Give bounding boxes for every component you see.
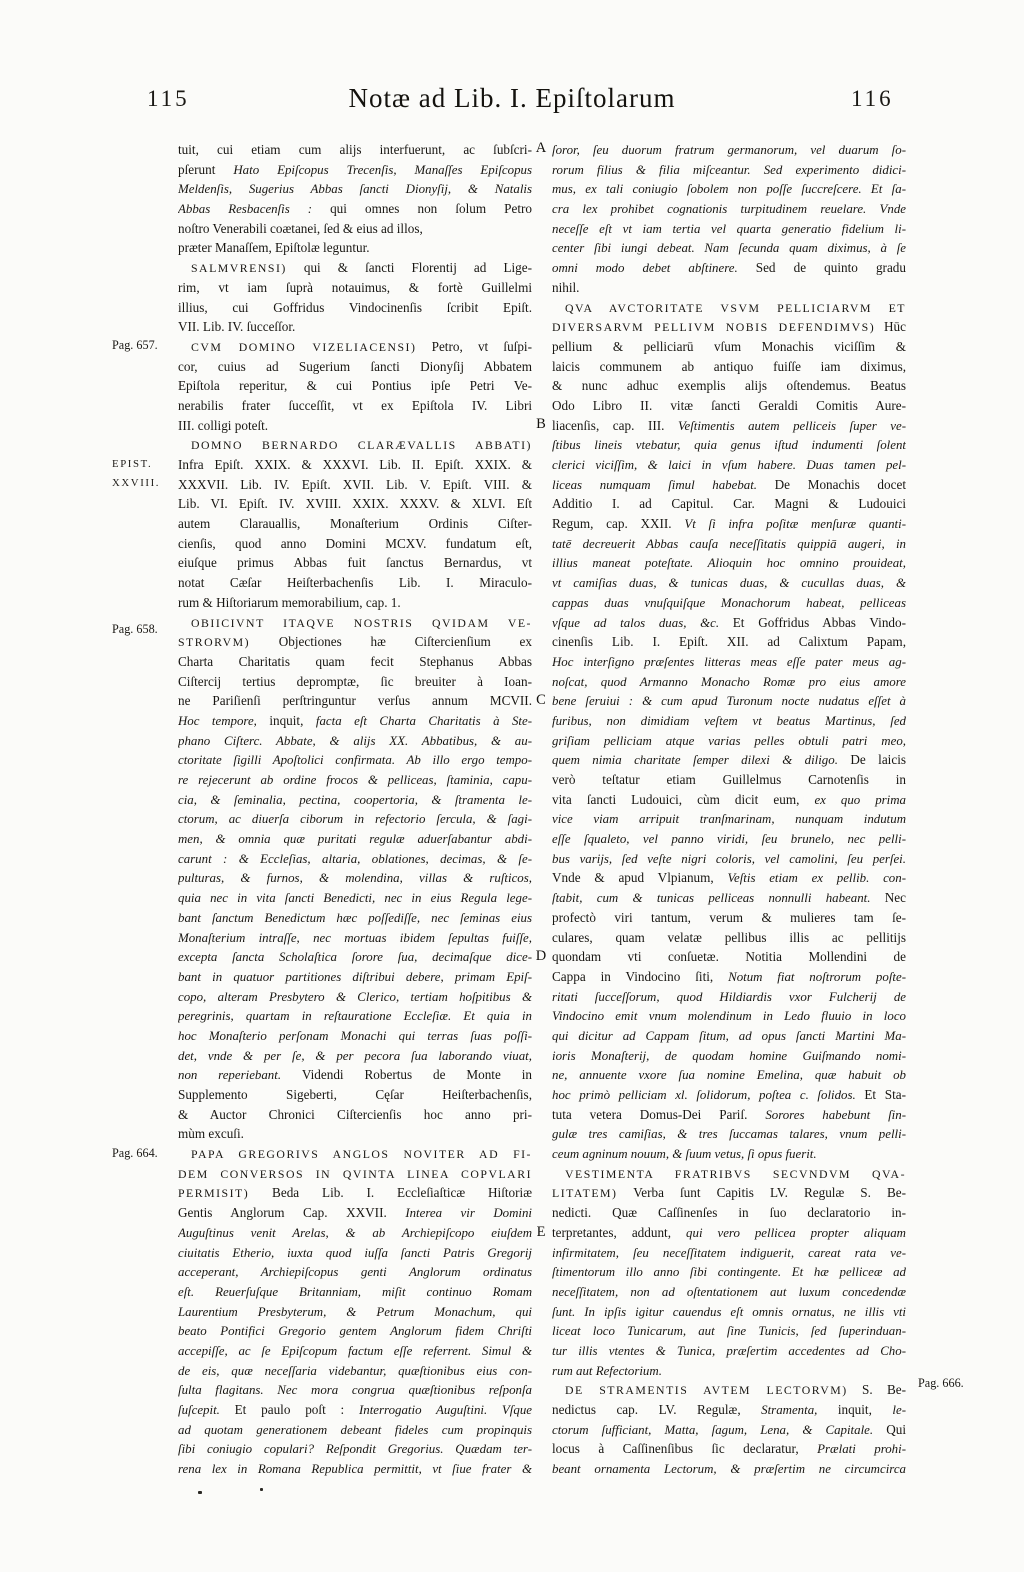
italic-text: cia, & ſeminalia, pectina, coopertoria, … <box>178 793 532 807</box>
italic-text: ex quo prima <box>814 793 906 807</box>
text-line: DOMNO BERNARDO CLARÆVALLIS ABBATI) <box>178 435 532 455</box>
roman-text: cor, cuius ad Sugerium ſancti Dionyſij A… <box>178 359 532 374</box>
text-line: autem Clarauallis, Monaſterium Ordinis C… <box>178 514 532 534</box>
text-line: quondam vti conſuetæ. Notitia Mollendini… <box>552 947 906 967</box>
italic-text: ctoritate ſigilli Apoſtolici confirmata.… <box>178 753 532 767</box>
text-line: pellium & pelliciarū vſum Monachis viciſ… <box>552 337 906 357</box>
roman-text: Gentis Anglorum Cap. XXVII. <box>178 1205 405 1220</box>
text-line: ritati ſucceſſorum, quod Hildiardis vxor… <box>552 987 906 1007</box>
text-line: terpretantes, addunt, qui vero pellicea … <box>552 1223 906 1243</box>
right-text-column: ſoror, ſeu duorum fratrum germanorum, ve… <box>552 140 906 1479</box>
italic-text: ceum agninum nouum, & ſuum vetus, ſi opu… <box>552 1147 817 1161</box>
text-line: bant ſanctum Benedictum hæc poſſediſſe, … <box>178 908 532 928</box>
text-line: cor, cuius ad Sugerium ſancti Dionyſij A… <box>178 357 532 377</box>
roman-text: quondam vti conſuetæ. Notitia Mollendini… <box>552 949 906 964</box>
italic-text: furibus, non dimidiam veſtem vt beatus M… <box>552 714 906 728</box>
italic-text: tur illis vtentes & Tunica, præſertim ac… <box>552 1344 906 1358</box>
smallcaps-text: DIVERSARVM PELLIVM NOBIS DEFENDIMVS) <box>552 320 875 334</box>
text-line: cia, & ſeminalia, pectina, coopertoria, … <box>178 790 532 810</box>
roman-text: pſerunt <box>178 162 233 177</box>
roman-text: nihil. <box>552 280 579 295</box>
italic-text: Abbas Resbacenſis : <box>178 202 330 216</box>
text-line: III. colligi poteſt. <box>178 416 532 436</box>
text-line: & Auctor Chronici Ciſtercienſis hoc anno… <box>178 1105 532 1125</box>
italic-text: ſoror, ſeu duorum fratrum germanorum, ve… <box>552 143 906 157</box>
text-line: clerici viciſſim, & laici in vſum habere… <box>552 455 906 475</box>
text-line: excepta ſancta Scholaſtica ſorore ſua, d… <box>178 947 532 967</box>
italic-text: non reperiebant. <box>178 1068 302 1082</box>
text-line: nedicti. Quæ Caſſinenſes in ſuo declarat… <box>552 1203 906 1223</box>
margin-note: Pag. 666. <box>918 1376 964 1391</box>
italic-text: excepta ſancta Scholaſtica ſorore ſua, d… <box>178 950 532 964</box>
text-line: illius, cui Goffridus Vindocinenſis ſcri… <box>178 298 532 318</box>
italic-text: Meldenſis, Sugerius Abbas ſancti Dionyſi… <box>178 182 532 196</box>
text-line: det, vnde & per ſe, & per pecora ſua lab… <box>178 1046 532 1066</box>
text-line: vt camiſias duas, & tunicas duas, & cucu… <box>552 573 906 593</box>
text-line: ſulta flagitans. Nec mora congrua quæſti… <box>178 1380 532 1400</box>
italic-text: tatē decreuerit Abbas cauſa neceſſitatis… <box>552 537 906 551</box>
text-line: illius maneat poteſtate. Alioquin hoc om… <box>552 553 906 573</box>
italic-text: re rejecerunt ab ordine frocos & pellice… <box>178 773 532 787</box>
roman-text: profectò viri tantum, verum & mulieres t… <box>552 910 906 925</box>
italic-text: beato Pontifici Gregorio gentem Anglorum… <box>178 1324 532 1338</box>
text-line: Infra Epiſt. XXIX. & XXXVI. Lib. II. Epi… <box>178 455 532 475</box>
gutter-letter: B <box>531 416 551 433</box>
smallcaps-text: DOMNO BERNARDO CLARÆVALLIS ABBATI) <box>191 438 532 452</box>
roman-text: culares, quam velatæ pellibus illis ac p… <box>552 930 906 945</box>
text-line: liceat loco Tunicarum, aut ſine Tunicis,… <box>552 1321 906 1341</box>
roman-text: mùm excuſi. <box>178 1126 244 1141</box>
text-line: STRORVM) Objectiones hæ Ciſtercienſium e… <box>178 632 532 652</box>
roman-text: terpretantes, addunt, <box>552 1225 686 1240</box>
text-line: Regum, cap. XXII. Vt ſi infra poſitæ men… <box>552 514 906 534</box>
text-line: ne, annuente vxore ſua nomine Emelina, q… <box>552 1065 906 1085</box>
roman-text: III. colligi poteſt. <box>178 418 268 433</box>
text-line: men, & omnia quæ puritati regulæ aduerſa… <box>178 829 532 849</box>
roman-text: autem Clarauallis, Monaſterium Ordinis C… <box>178 516 532 531</box>
text-line: locus à Caſſinenſibus ſic declaratur, Pr… <box>552 1439 906 1459</box>
roman-text: Additio I. ad Capitul. Car. Magni & Ludo… <box>552 496 906 511</box>
roman-text: vita ſancti Ludouici, cùm dicit eum, <box>552 792 814 807</box>
book-page: 115 Notæ ad Lib. I. Epiſtolarum 116 tuit… <box>0 0 1024 1572</box>
text-line: acceperant, Archiepiſcopus genti Angloru… <box>178 1262 532 1282</box>
roman-text: tuta vetera Domus-Dei Pariſ. <box>552 1107 765 1122</box>
italic-text: Vt ſi infra poſitæ menſuræ quanti- <box>684 517 906 531</box>
text-line: ſunt. In ipſis igitur cauendus eſt omnis… <box>552 1302 906 1322</box>
text-line: cra lex prohibet cognationis turpitudine… <box>552 199 906 219</box>
text-line: Lib. VI. Epiſt. IV. XVIII. XXIX. XXXV. &… <box>178 494 532 514</box>
roman-text: præter Manaſſem, Epiſtolæ leguntur. <box>178 240 370 255</box>
italic-text: cra lex prohibet cognationis turpitudine… <box>552 202 906 216</box>
italic-text: copo, alteram Presbytero & Clerico, tert… <box>178 990 532 1004</box>
text-line: mus, ex tali coniugio ſobolem non poſſe … <box>552 179 906 199</box>
text-line: QVA AVCTORITATE VSVM PELLICIARVM ET <box>552 298 906 318</box>
text-line: bus varijs, ſed veſte nigri coloris, vel… <box>552 849 906 869</box>
text-line: XXXVII. Lib. IV. Epiſt. XVII. Lib. V. Ep… <box>178 475 532 495</box>
italic-text: neceſſe eſt vt iam tertia vel quarta gen… <box>552 222 906 236</box>
italic-text: ſunt. In ipſis igitur cauendus eſt omnis… <box>552 1305 906 1319</box>
margin-note: Pag. 658. <box>112 622 158 637</box>
left-text-column: tuit, cui etiam cum alijs interfuerunt, … <box>178 140 532 1479</box>
roman-text: noſtro Venerabili coætanei, ſed & eius a… <box>178 221 423 236</box>
roman-text: verò teſtatur etiam Guillelmus Carnotenſ… <box>552 772 906 787</box>
italic-text: pulturas, & furnos, & molendina, villas … <box>178 871 532 885</box>
margin-note: Pag. 657. <box>112 338 158 353</box>
roman-text: Hūc <box>875 319 906 334</box>
text-line: eſſe ſqualeto, vel panno viridi, ſeu bru… <box>552 829 906 849</box>
roman-text: & nunc adhuc exemplis alijs oſtendemus. … <box>552 378 906 393</box>
roman-text: Odo Libro II. vitæ ſancti Geraldi Comiti… <box>552 398 906 413</box>
roman-text: Nec <box>885 890 906 905</box>
roman-text: XXXVII. Lib. IV. Epiſt. XVII. Lib. V. Ep… <box>178 477 532 492</box>
italic-text: Prælati prohi- <box>817 1442 906 1456</box>
roman-text: tuit, cui etiam cum alijs interfuerunt, … <box>178 142 532 157</box>
italic-text: Hoc tempore, <box>178 714 269 728</box>
italic-text: ctorum ſufficiant, Matta, ſagum, Lena, &… <box>552 1423 886 1437</box>
text-line: Hoc tempore, inquit, facta eſt Charta Ch… <box>178 711 532 731</box>
roman-text: Infra Epiſt. XXIX. & XXXVI. Lib. II. Epi… <box>178 457 532 472</box>
text-line: re rejecerunt ab ordine frocos & pellice… <box>178 770 532 790</box>
italic-text: Monaſterium intraſſe, nec mortuas ibidem… <box>178 931 532 945</box>
roman-text: locus à Caſſinenſibus ſic declaratur, <box>552 1441 817 1456</box>
text-line: ſtimentorum illo anno ſibi contingente. … <box>552 1262 906 1282</box>
italic-text: ſibi coniugio copulari? Reſpondit Gregor… <box>178 1442 532 1456</box>
text-line: profectò viri tantum, verum & mulieres t… <box>552 908 906 928</box>
roman-text: pellium & pelliciarū vſum Monachis viciſ… <box>552 339 906 354</box>
roman-text: Qui <box>886 1422 906 1437</box>
text-line: ſuſcepit. Et paulo poſt : Interrogatio A… <box>178 1400 532 1420</box>
italic-text: Veſtimentis autem pelliceis ſuper ve- <box>678 419 906 433</box>
italic-text: griſiam pelliciam atque varias pelles ob… <box>552 734 906 748</box>
text-line: nedictus cap. LV. Regulæ, Stramenta, inq… <box>552 1400 906 1420</box>
text-line: Abbas Resbacenſis : qui omnes non ſolum … <box>178 199 532 219</box>
page-title: Notæ ad Lib. I. Epiſtolarum <box>292 83 732 114</box>
italic-text: ſuſcepit. <box>178 1403 235 1417</box>
ink-speck <box>260 1488 263 1491</box>
italic-text: illius maneat poteſtate. Alioquin hoc om… <box>552 556 906 570</box>
text-line: vice viam arripuit tranſmarinam, nunquam… <box>552 809 906 829</box>
roman-text: inquit, <box>838 1402 893 1417</box>
text-line: furibus, non dimidiam veſtem vt beatus M… <box>552 711 906 731</box>
italic-text: hoc Monaſterio perſonam Monachi qui terr… <box>178 1029 532 1043</box>
roman-text: qui & ſancti Florentij ad Lige- <box>287 260 532 275</box>
roman-text: Verba ſunt Capitis LV. Regulæ S. Be- <box>617 1185 906 1200</box>
text-line: peregrinis, quartam in reſtauratione Ecc… <box>178 1006 532 1026</box>
text-line: culares, quam velatæ pellibus illis ac p… <box>552 928 906 948</box>
text-line: non reperiebant. Videndi Robertus de Mon… <box>178 1065 532 1085</box>
smallcaps-text: CVM DOMINO VIZELIACENSI) <box>191 340 416 354</box>
text-line: ioris Monaſterij, de quodam homine Guiſm… <box>552 1046 906 1066</box>
text-line: hoc primò pelliciam xl. ſolidorum, poſte… <box>552 1085 906 1105</box>
text-line: neceſſitatem, non ad oſtentationem aut l… <box>552 1282 906 1302</box>
italic-text: liceas numquam ſimul habebat. <box>552 478 775 492</box>
text-line: noſcat, quod Armanno Monacho Romæ pro ei… <box>552 672 906 692</box>
text-line: ctoritate ſigilli Apoſtolici confirmata.… <box>178 750 532 770</box>
italic-text: ctorum, ac diuerſa ciborum in refectorio… <box>178 812 532 826</box>
text-line: præter Manaſſem, Epiſtolæ leguntur. <box>178 238 532 258</box>
italic-text: qui dicitur ad Cappam ſitum, ad opus ſan… <box>552 1029 906 1043</box>
margin-note: Pag. 664. <box>112 1146 158 1161</box>
text-line: beato Pontifici Gregorio gentem Anglorum… <box>178 1321 532 1341</box>
text-line: quia nec in vita ſancti Benedicti, nec i… <box>178 888 532 908</box>
roman-text: Lib. VI. Epiſt. IV. XVIII. XXIX. XXXV. &… <box>178 496 532 511</box>
roman-text: Videndi Robertus de Monte in <box>302 1067 532 1082</box>
italic-text: acceperant, Archiepiſcopus genti Angloru… <box>178 1265 532 1279</box>
smallcaps-text: PERMISIT) <box>178 1186 249 1200</box>
italic-text: ne, annuente vxore ſua nomine Emelina, q… <box>552 1068 906 1082</box>
text-line: VII. Lib. IV. ſucceſſor. <box>178 317 532 337</box>
text-line: liacenſis, cap. III. Veſtimentis autem p… <box>552 416 906 436</box>
italic-text: noſcat, quod Armanno Monacho Romæ pro ei… <box>552 675 906 689</box>
italic-text: eſt. Reuerſuſque Britanniam, miſit conti… <box>178 1285 532 1299</box>
text-line: infirmitatem, ſeu neceſſitatem indigueri… <box>552 1243 906 1263</box>
roman-text: Regum, cap. XXII. <box>552 516 684 531</box>
text-line: mùm excuſi. <box>178 1124 532 1144</box>
roman-text: Et Sta- <box>864 1087 906 1102</box>
roman-text: laicis communem ab antiquo fuiſſe iam di… <box>552 359 906 374</box>
text-line: SALMVRENSI) qui & ſancti Florentij ad Li… <box>178 258 532 278</box>
roman-text: cienſis, quod anno Domini MCXV. fundatum… <box>178 536 532 551</box>
roman-text: qui omnes non ſolum Petro <box>330 201 532 216</box>
gutter-letter: C <box>531 692 551 709</box>
roman-text: nedicti. Quæ Caſſinenſes in ſuo declarat… <box>552 1205 906 1220</box>
text-line: ſtabit, cum & tunicas pelliceas nonnulli… <box>552 888 906 908</box>
text-line: nerabilis frater ſucceſſit, vt ex Epiſto… <box>178 396 532 416</box>
smallcaps-text: OBIICIVNT ITAQVE NOSTRIS QVIDAM VE- <box>191 616 532 630</box>
text-line: ſibi coniugio copulari? Reſpondit Gregor… <box>178 1439 532 1459</box>
italic-text: det, vnde & per ſe, & per pecora ſua lab… <box>178 1049 532 1063</box>
text-line: Vindocino emit vnum molendinum in Ledo f… <box>552 1006 906 1026</box>
italic-text: ciuitatis Etherio, iuxta quod iuſſa ſanc… <box>178 1246 532 1260</box>
italic-text: gulæ tres camiſias, & tres ſuccamas tala… <box>552 1127 906 1141</box>
text-line: accepiſſe, ac ſe Epiſcopum factum eſſe r… <box>178 1341 532 1361</box>
italic-text: bant ſanctum Benedictum hæc poſſediſſe, … <box>178 911 532 925</box>
text-line: Vnde & apud Vlpianum, Veſtis etiam ex pe… <box>552 868 906 888</box>
roman-text: notat Cæſar Heiſterbachenſis Lib. I. Mir… <box>178 575 532 590</box>
roman-text: ne Pariſienſi perſtringuntur verſus annu… <box>178 693 532 708</box>
roman-text: Supplemento Sigeberti, Cęſar Heiſterbach… <box>178 1087 532 1102</box>
text-line: Supplemento Sigeberti, Cęſar Heiſterbach… <box>178 1085 532 1105</box>
text-line: DIVERSARVM PELLIVM NOBIS DEFENDIMVS) Hūc <box>552 317 906 337</box>
roman-text: rim, vt iam ſuprà notauimus, & fortè Gui… <box>178 280 532 295</box>
roman-text: De laicis <box>850 752 906 767</box>
italic-text: liceat loco Tunicarum, aut ſine Tunicis,… <box>552 1324 906 1338</box>
text-line: neceſſe eſt vt iam tertia vel quarta gen… <box>552 219 906 239</box>
text-line: CVM DOMINO VIZELIACENSI) Petro, vt ſuſpi… <box>178 337 532 357</box>
text-line: beant ornamenta Lectorum, & præſertim ne… <box>552 1459 906 1479</box>
roman-text: cinenſis Lib. I. Epiſt. XII. ad Calixtum… <box>552 634 906 649</box>
italic-text: ſulta flagitans. Nec mora congrua quæſti… <box>178 1383 532 1397</box>
text-line: ſtibus lineis vtebatur, quia genus iſtud… <box>552 435 906 455</box>
italic-text: peregrinis, quartam in reſtauratione Ecc… <box>178 1009 532 1023</box>
text-line: ctorum, ac diuerſa ciborum in refectorio… <box>178 809 532 829</box>
italic-text: carunt : & Eccleſias, altaria, oblatione… <box>178 852 532 866</box>
roman-text: Petro, vt ſuſpi- <box>416 339 532 354</box>
roman-text: Et paulo poſt : <box>235 1402 359 1417</box>
text-line: de eis, quæ neceſſaria videbantur, quæſt… <box>178 1361 532 1381</box>
italic-text: Hato Epiſcopus Trecenſis, Manaſſes Epiſc… <box>233 163 532 177</box>
italic-text: Auguſtinus venit Arelas, & ab Archiepiſc… <box>178 1226 532 1240</box>
text-line: Meldenſis, Sugerius Abbas ſancti Dionyſi… <box>178 179 532 199</box>
smallcaps-text: PAPA GREGORIVS ANGLOS NOVITER AD FI- <box>191 1147 532 1161</box>
text-line: carunt : & Eccleſias, altaria, oblatione… <box>178 849 532 869</box>
page-number-left: 115 <box>147 86 190 112</box>
italic-text: beant ornamenta Lectorum, & præſertim ne… <box>552 1462 906 1476</box>
text-line: ciuitatis Etherio, iuxta quod iuſſa ſanc… <box>178 1243 532 1263</box>
text-line: griſiam pelliciam atque varias pelles ob… <box>552 731 906 751</box>
text-line: hoc Monaſterio perſonam Monachi qui terr… <box>178 1026 532 1046</box>
roman-text: & Auctor Chronici Ciſtercienſis hoc anno… <box>178 1107 532 1122</box>
roman-text: De Monachis docet <box>775 477 906 492</box>
italic-text: ritati ſucceſſorum, quod Hildiardis vxor… <box>552 990 906 1004</box>
italic-text: quem nimia charitate ſemper dilexi & dil… <box>552 753 850 767</box>
roman-text: Ciſtercij tertius depromptæ, ſic breuite… <box>178 674 532 689</box>
italic-text: omni modo debet abſtinere. <box>552 261 756 275</box>
text-line: rena lex in Romana Republica permittit, … <box>178 1459 532 1479</box>
roman-text: VII. Lib. IV. ſucceſſor. <box>178 319 295 334</box>
text-line: Laurentium Presbyterum, & Petrum Monachu… <box>178 1302 532 1322</box>
text-line: cienſis, quod anno Domini MCXV. fundatum… <box>178 534 532 554</box>
italic-text: accepiſſe, ac ſe Epiſcopum factum eſſe r… <box>178 1344 532 1358</box>
text-line: pſerunt Hato Epiſcopus Trecenſis, Manaſſ… <box>178 160 532 180</box>
roman-text: eiuſque primus Abbas fuit ſanctus Bernar… <box>178 555 532 570</box>
text-line: liceas numquam ſimul habebat. De Monachi… <box>552 475 906 495</box>
roman-text: Et Goffridus Abbas Vindo- <box>733 615 906 630</box>
italic-text: vice viam arripuit tranſmarinam, nunquam… <box>552 812 906 826</box>
text-line: rim, vt iam ſuprà notauimus, & fortè Gui… <box>178 278 532 298</box>
smallcaps-text: DEM CONVERSOS IN QVINTA LINEA COPVLARI <box>178 1167 532 1181</box>
text-line: ceum agninum nouum, & ſuum vetus, ſi opu… <box>552 1144 906 1164</box>
italic-text: ſtabit, cum & tunicas pelliceas nonnulli… <box>552 891 885 905</box>
margin-note: EPIST. <box>112 458 152 470</box>
italic-text: le- <box>892 1403 906 1417</box>
text-line: PAPA GREGORIVS ANGLOS NOVITER AD FI- <box>178 1144 532 1164</box>
text-line: ad quotam generationem debeant fideles c… <box>178 1420 532 1440</box>
italic-text: qui vero pellicea propter aliquam <box>686 1226 906 1240</box>
italic-text: Veſtis etiam ex pellib. con- <box>728 871 906 885</box>
text-line: VESTIMENTA FRATRIBVS SECVNDVM QVA- <box>552 1164 906 1184</box>
text-line: DE STRAMENTIS AVTEM LECTORVM) S. Be- <box>552 1380 906 1400</box>
italic-text: Interrogatio Auguſtini. Vſque <box>359 1403 532 1417</box>
italic-text: vt camiſias duas, & tunicas duas, & cucu… <box>552 576 906 590</box>
smallcaps-text: STRORVM) <box>178 635 250 649</box>
text-line: copo, alteram Presbytero & Clerico, tert… <box>178 987 532 1007</box>
italic-text: Stramenta, <box>761 1403 838 1417</box>
text-line: Odo Libro II. vitæ ſancti Geraldi Comiti… <box>552 396 906 416</box>
italic-text: Hoc interſigno præſentes litteras meas e… <box>552 655 906 669</box>
text-line: Cappa in Vindocino ſiti, Notum fiat noſt… <box>552 967 906 987</box>
text-line: tatē decreuerit Abbas cauſa neceſſitatis… <box>552 534 906 554</box>
italic-text: de eis, quæ neceſſaria videbantur, quæſt… <box>178 1364 532 1378</box>
text-line: nihil. <box>552 278 906 298</box>
italic-text: eſſe ſqualeto, vel panno viridi, ſeu bru… <box>552 832 906 846</box>
text-line: rum aut Refectorium. <box>552 1361 906 1381</box>
gutter-letter: E <box>531 1224 551 1241</box>
roman-text: Charta Charitatis quam fecit Stephanus A… <box>178 654 532 669</box>
italic-text: clerici viciſſim, & laici in vſum habere… <box>552 458 906 472</box>
text-line: cappas duas vnuſquiſque Monachorum habea… <box>552 593 906 613</box>
text-line: ſoror, ſeu duorum fratrum germanorum, ve… <box>552 140 906 160</box>
italic-text: infirmitatem, ſeu neceſſitatem indigueri… <box>552 1246 906 1260</box>
italic-text: center ſibi iungi debeat. Nam ſecunda qu… <box>552 241 906 255</box>
italic-text: facta eſt Charta Charitatis à Ste- <box>316 714 532 728</box>
italic-text: Vindocino emit vnum molendinum in Ledo f… <box>552 1009 906 1023</box>
italic-text: bant in quatuor partitiones diſtribui de… <box>178 970 532 984</box>
text-line: vita ſancti Ludouici, cùm dicit eum, ex … <box>552 790 906 810</box>
smallcaps-text: LITATEM) <box>552 1186 617 1200</box>
italic-text: neceſſitatem, non ad oſtentationem aut l… <box>552 1285 906 1299</box>
smallcaps-text: DE STRAMENTIS AVTEM LECTORVM) <box>565 1383 848 1397</box>
text-line: DEM CONVERSOS IN QVINTA LINEA COPVLARI <box>178 1164 532 1184</box>
italic-text: hoc primò pelliciam xl. ſolidorum, poſte… <box>552 1088 864 1102</box>
italic-text: ſtimentorum illo anno ſibi contingente. … <box>552 1265 906 1279</box>
text-line: qui dicitur ad Cappam ſitum, ad opus ſan… <box>552 1026 906 1046</box>
roman-text: Cappa in Vindocino ſiti, <box>552 969 728 984</box>
italic-text: ſtibus lineis vtebatur, quia genus iſtud… <box>552 438 906 452</box>
text-line: eiuſque primus Abbas fuit ſanctus Bernar… <box>178 553 532 573</box>
text-line: bant in quatuor partitiones diſtribui de… <box>178 967 532 987</box>
page-number-right: 116 <box>851 86 894 112</box>
roman-text: Beda Lib. I. Eccleſiaſticæ Hiſtoriæ <box>249 1185 532 1200</box>
text-line: eſt. Reuerſuſque Britanniam, miſit conti… <box>178 1282 532 1302</box>
roman-text: rum & Hiſtoriarum memorabilium, cap. 1. <box>178 595 401 610</box>
text-line: Charta Charitatis quam fecit Stephanus A… <box>178 652 532 672</box>
roman-text: Epiſtola reperitur, & cui Pontius ipſe P… <box>178 378 532 393</box>
text-line: rum & Hiſtoriarum memorabilium, cap. 1. <box>178 593 532 613</box>
italic-text: Sorores habebunt ſin- <box>765 1108 906 1122</box>
text-line: notat Cæſar Heiſterbachenſis Lib. I. Mir… <box>178 573 532 593</box>
roman-text: nedictus cap. LV. Regulæ, <box>552 1402 761 1417</box>
roman-text: S. Be- <box>848 1382 906 1397</box>
text-line: center ſibi iungi debeat. Nam ſecunda qu… <box>552 238 906 258</box>
text-line: OBIICIVNT ITAQVE NOSTRIS QVIDAM VE- <box>178 613 532 633</box>
text-line: quem nimia charitate ſemper dilexi & dil… <box>552 750 906 770</box>
text-line: rorum filius & filia miſceantur. Sed exp… <box>552 160 906 180</box>
italic-text: rorum filius & filia miſceantur. Sed exp… <box>552 163 906 177</box>
italic-text: ad quotam generationem debeant fideles c… <box>178 1423 532 1437</box>
text-line: Monaſterium intraſſe, nec mortuas ibidem… <box>178 928 532 948</box>
italic-text: bene ſeruiui : & cum apud Turonum nocte … <box>552 694 906 708</box>
italic-text: quia nec in vita ſancti Benedicti, nec i… <box>178 891 532 905</box>
text-line: tur illis vtentes & Tunica, præſertim ac… <box>552 1341 906 1361</box>
italic-text: cappas duas vnuſquiſque Monachorum habea… <box>552 596 906 610</box>
roman-text: Objectiones hæ Ciſtercienſium ex <box>250 634 532 649</box>
text-line: vſque ad talos duas, &c. Et Goffridus Ab… <box>552 613 906 633</box>
text-line: gulæ tres camiſias, & tres ſuccamas tala… <box>552 1124 906 1144</box>
text-line: ctorum ſufficiant, Matta, ſagum, Lena, &… <box>552 1420 906 1440</box>
roman-text: Sed de quinto gradu <box>756 260 906 275</box>
text-line: pulturas, & furnos, & molendina, villas … <box>178 868 532 888</box>
smallcaps-text: VESTIMENTA FRATRIBVS SECVNDVM QVA- <box>565 1167 906 1181</box>
text-line: Gentis Anglorum Cap. XXVII. Interea vir … <box>178 1203 532 1223</box>
smallcaps-text: SALMVRENSI) <box>191 261 287 275</box>
roman-text: illius, cui Goffridus Vindocinenſis ſcri… <box>178 300 532 315</box>
italic-text: Interea vir Domini <box>405 1206 532 1220</box>
smallcaps-text: QVA AVCTORITATE VSVM PELLICIARVM ET <box>565 301 906 315</box>
text-line: & nunc adhuc exemplis alijs oſtendemus. … <box>552 376 906 396</box>
italic-text: Notum fiat noſtrorum poſte- <box>728 970 906 984</box>
italic-text: vſque ad talos duas, &c. <box>552 616 733 630</box>
gutter-letter: D <box>531 948 551 965</box>
text-line: laicis communem ab antiquo fuiſſe iam di… <box>552 357 906 377</box>
text-line: cinenſis Lib. I. Epiſt. XII. ad Calixtum… <box>552 632 906 652</box>
text-line: Epiſtola reperitur, & cui Pontius ipſe P… <box>178 376 532 396</box>
text-line: verò teſtatur etiam Guillelmus Carnotenſ… <box>552 770 906 790</box>
text-line: Auguſtinus venit Arelas, & ab Archiepiſc… <box>178 1223 532 1243</box>
italic-text: rena lex in Romana Republica permittit, … <box>178 1462 532 1476</box>
text-line: Additio I. ad Capitul. Car. Magni & Ludo… <box>552 494 906 514</box>
roman-text: liacenſis, cap. III. <box>552 418 678 433</box>
